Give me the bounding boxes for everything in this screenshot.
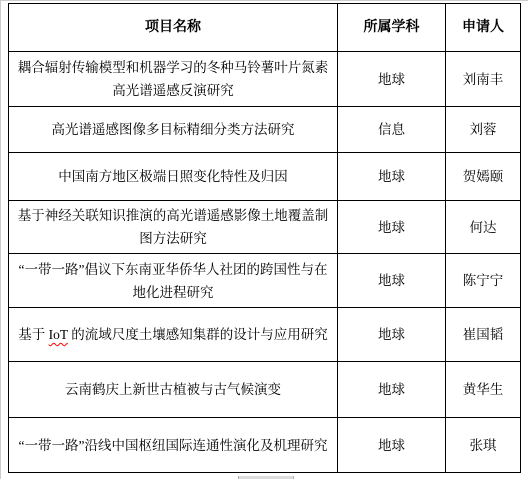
subject-cell: 地球 [338,254,446,308]
title-text: 基于 [18,327,48,342]
table-row: 基于 IoT 的流域尺度土壤感知集群的设计与应用研究地球崔国韬 [9,308,521,362]
window-edge-left [0,0,1,479]
applicant-cell: 陈宁宁 [446,254,521,308]
subject-cell: 地球 [338,201,446,254]
table-row: “一带一路”沿线中国枢纽国际连通性演化及机理研究地球张琪 [9,418,521,473]
project-title-cell: 高光谱遥感图像多目标精细分类方法研究 [9,107,338,153]
table-row: 云南鹤庆上新世古植被与古气候演变地球黄华生 [9,362,521,418]
applicant-cell: 何达 [446,201,521,254]
table-body: 耦合辐射传输模型和机器学习的冬种马铃薯叶片氮素高光谱遥感反演研究地球刘南丰高光谱… [9,52,521,473]
table-row: 高光谱遥感图像多目标精细分类方法研究信息刘蓉 [9,107,521,153]
project-title-cell: 中国南方地区极端日照变化特性及归因 [9,153,338,201]
window-edge-top [0,0,528,1]
table-row: 基于神经关联知识推演的高光谱遥感影像土地覆盖制图方法研究地球何达 [9,201,521,254]
table-row: 耦合辐射传输模型和机器学习的冬种马铃薯叶片氮素高光谱遥感反演研究地球刘南丰 [9,52,521,107]
applicant-cell: 刘蓉 [446,107,521,153]
applicant-cell: 黄华生 [446,362,521,418]
subject-cell: 地球 [338,52,446,107]
applicant-cell: 张琪 [446,418,521,473]
subject-cell: 信息 [338,107,446,153]
project-title-cell: 耦合辐射传输模型和机器学习的冬种马铃薯叶片氮素高光谱遥感反演研究 [9,52,338,107]
project-title-cell: “一带一路”倡议下东南亚华侨华人社团的跨国性与在地化进程研究 [9,254,338,308]
subject-cell: 地球 [338,418,446,473]
misspelled-word: IoT [49,327,68,342]
subject-cell: 地球 [338,308,446,362]
header-applicant: 申请人 [446,4,521,52]
project-title-cell: 基于神经关联知识推演的高光谱遥感影像土地覆盖制图方法研究 [9,201,338,254]
header-project-name: 项目名称 [9,4,338,52]
header-subject: 所属学科 [338,4,446,52]
applicant-cell: 崔国韬 [446,308,521,362]
project-title-cell: 基于 IoT 的流域尺度土壤感知集群的设计与应用研究 [9,308,338,362]
projects-table: 项目名称 所属学科 申请人 耦合辐射传输模型和机器学习的冬种马铃薯叶片氮素高光谱… [8,3,521,473]
table-row: “一带一路”倡议下东南亚华侨华人社团的跨国性与在地化进程研究地球陈宁宁 [9,254,521,308]
applicant-cell: 刘南丰 [446,52,521,107]
subject-cell: 地球 [338,153,446,201]
project-title-cell: “一带一路”沿线中国枢纽国际连通性演化及机理研究 [9,418,338,473]
header-row: 项目名称 所属学科 申请人 [9,4,521,52]
applicant-cell: 贺嫣颐 [446,153,521,201]
title-text: 的流域尺度土壤感知集群的设计与应用研究 [68,327,328,342]
table-row: 中国南方地区极端日照变化特性及归因地球贺嫣颐 [9,153,521,201]
project-title-cell: 云南鹤庆上新世古植被与古气候演变 [9,362,338,418]
subject-cell: 地球 [338,362,446,418]
